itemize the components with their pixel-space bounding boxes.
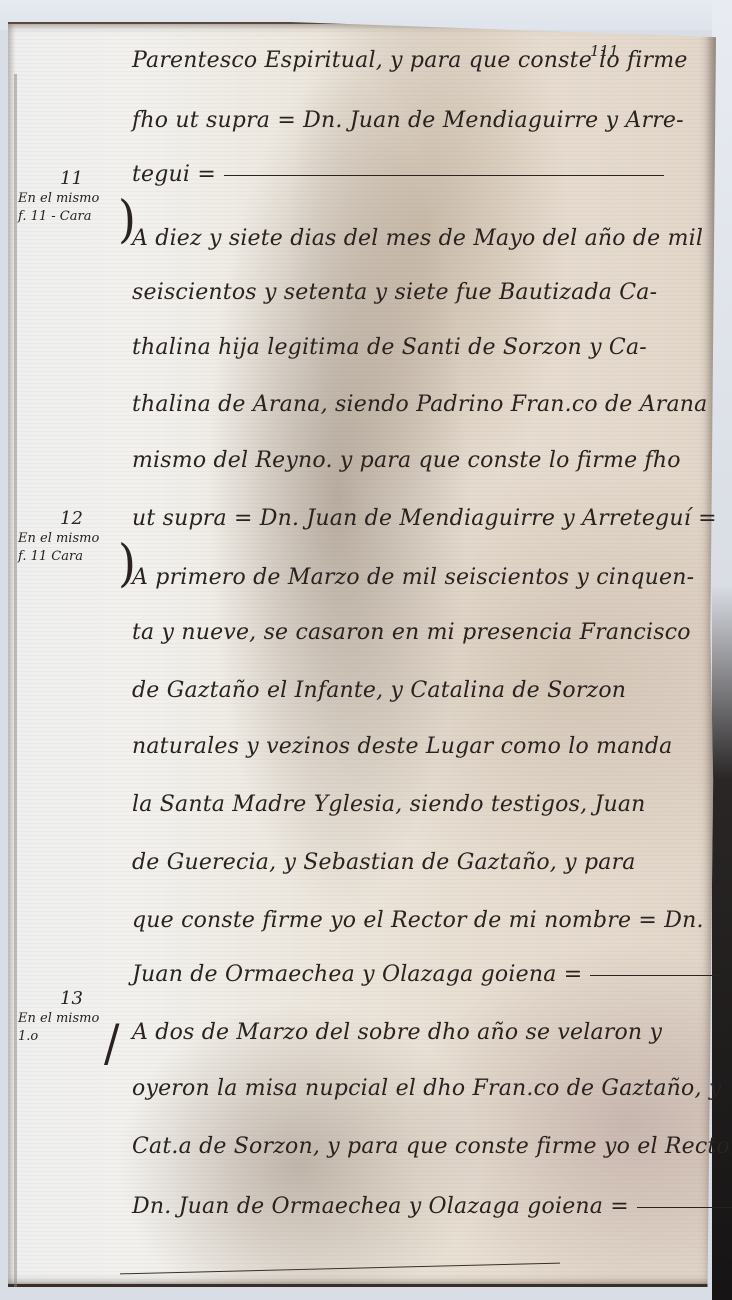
- text-line: A primero de Marzo de mil seiscientos y …: [132, 565, 712, 590]
- bracket-mark: ): [118, 194, 136, 245]
- text-line: Parentesco Espiritual, y para que conste…: [132, 48, 712, 73]
- text-line: oyeron la misa nupcial el dho Fran.co de…: [132, 1076, 712, 1101]
- entry-number: 13: [18, 988, 128, 1010]
- text-line: thalina de Arana, siendo Padrino Fran.co…: [132, 392, 712, 417]
- text-line: Juan de Ormaechea y Olazaga goiena =: [132, 962, 712, 987]
- closing-rule: [637, 1207, 732, 1208]
- text-line: la Santa Madre Yglesia, siendo testigos,…: [132, 792, 712, 817]
- bracket-mark: ): [118, 538, 136, 589]
- bracket-mark: /: [104, 1018, 120, 1069]
- entry-number: 11: [18, 168, 128, 190]
- document-scan: 111 Parentesco Espiritual, y para que co…: [0, 0, 732, 1300]
- text-line: que conste firme yo el Rector de mi nomb…: [132, 908, 712, 933]
- text-line: thalina hija legitima de Santi de Sorzon…: [132, 335, 712, 360]
- text-line: mismo del Reyno. y para que conste lo fi…: [132, 448, 712, 473]
- margin-note-entry-11: 11 En el mismo f. 11 - Cara: [18, 168, 128, 226]
- text-line: naturales y vezinos deste Lugar como lo …: [132, 734, 712, 759]
- closing-rule: [590, 975, 720, 976]
- scanner-background-right: [712, 0, 732, 1300]
- text-line: de Guerecia, y Sebastian de Gaztaño, y p…: [132, 850, 712, 875]
- margin-note-line: f. 11 - Cara: [18, 208, 128, 226]
- text-line: A diez y siete dias del mes de Mayo del …: [132, 226, 712, 251]
- text-line: seiscientos y setenta y siete fue Bautiz…: [132, 280, 712, 305]
- entry-number: 12: [18, 508, 128, 530]
- binding-edge: [14, 74, 17, 1300]
- text-line: ut supra = Dn. Juan de Mendiaguirre y Ar…: [132, 506, 712, 531]
- text-line: A dos de Marzo del sobre dho año se vela…: [132, 1020, 712, 1045]
- margin-note-entry-12: 12 En el mismo f. 11 Cara: [18, 508, 128, 566]
- closing-rule: [224, 175, 664, 176]
- text-line: de Gaztaño el Infante, y Catalina de Sor…: [132, 678, 712, 703]
- text-line: ta y nueve, se casaron en mi presencia F…: [132, 620, 712, 645]
- margin-note-line: En el mismo: [18, 190, 128, 208]
- margin-note-line: En el mismo: [18, 530, 128, 548]
- text-line: Dn. Juan de Ormaechea y Olazaga goiena =: [132, 1194, 712, 1219]
- margin-note-line: f. 11 Cara: [18, 548, 128, 566]
- text-line: Cat.a de Sorzon, y para que conste firme…: [132, 1134, 712, 1159]
- text-line: fho ut supra = Dn. Juan de Mendiaguirre …: [132, 108, 712, 133]
- text-line: tegui =: [132, 162, 712, 187]
